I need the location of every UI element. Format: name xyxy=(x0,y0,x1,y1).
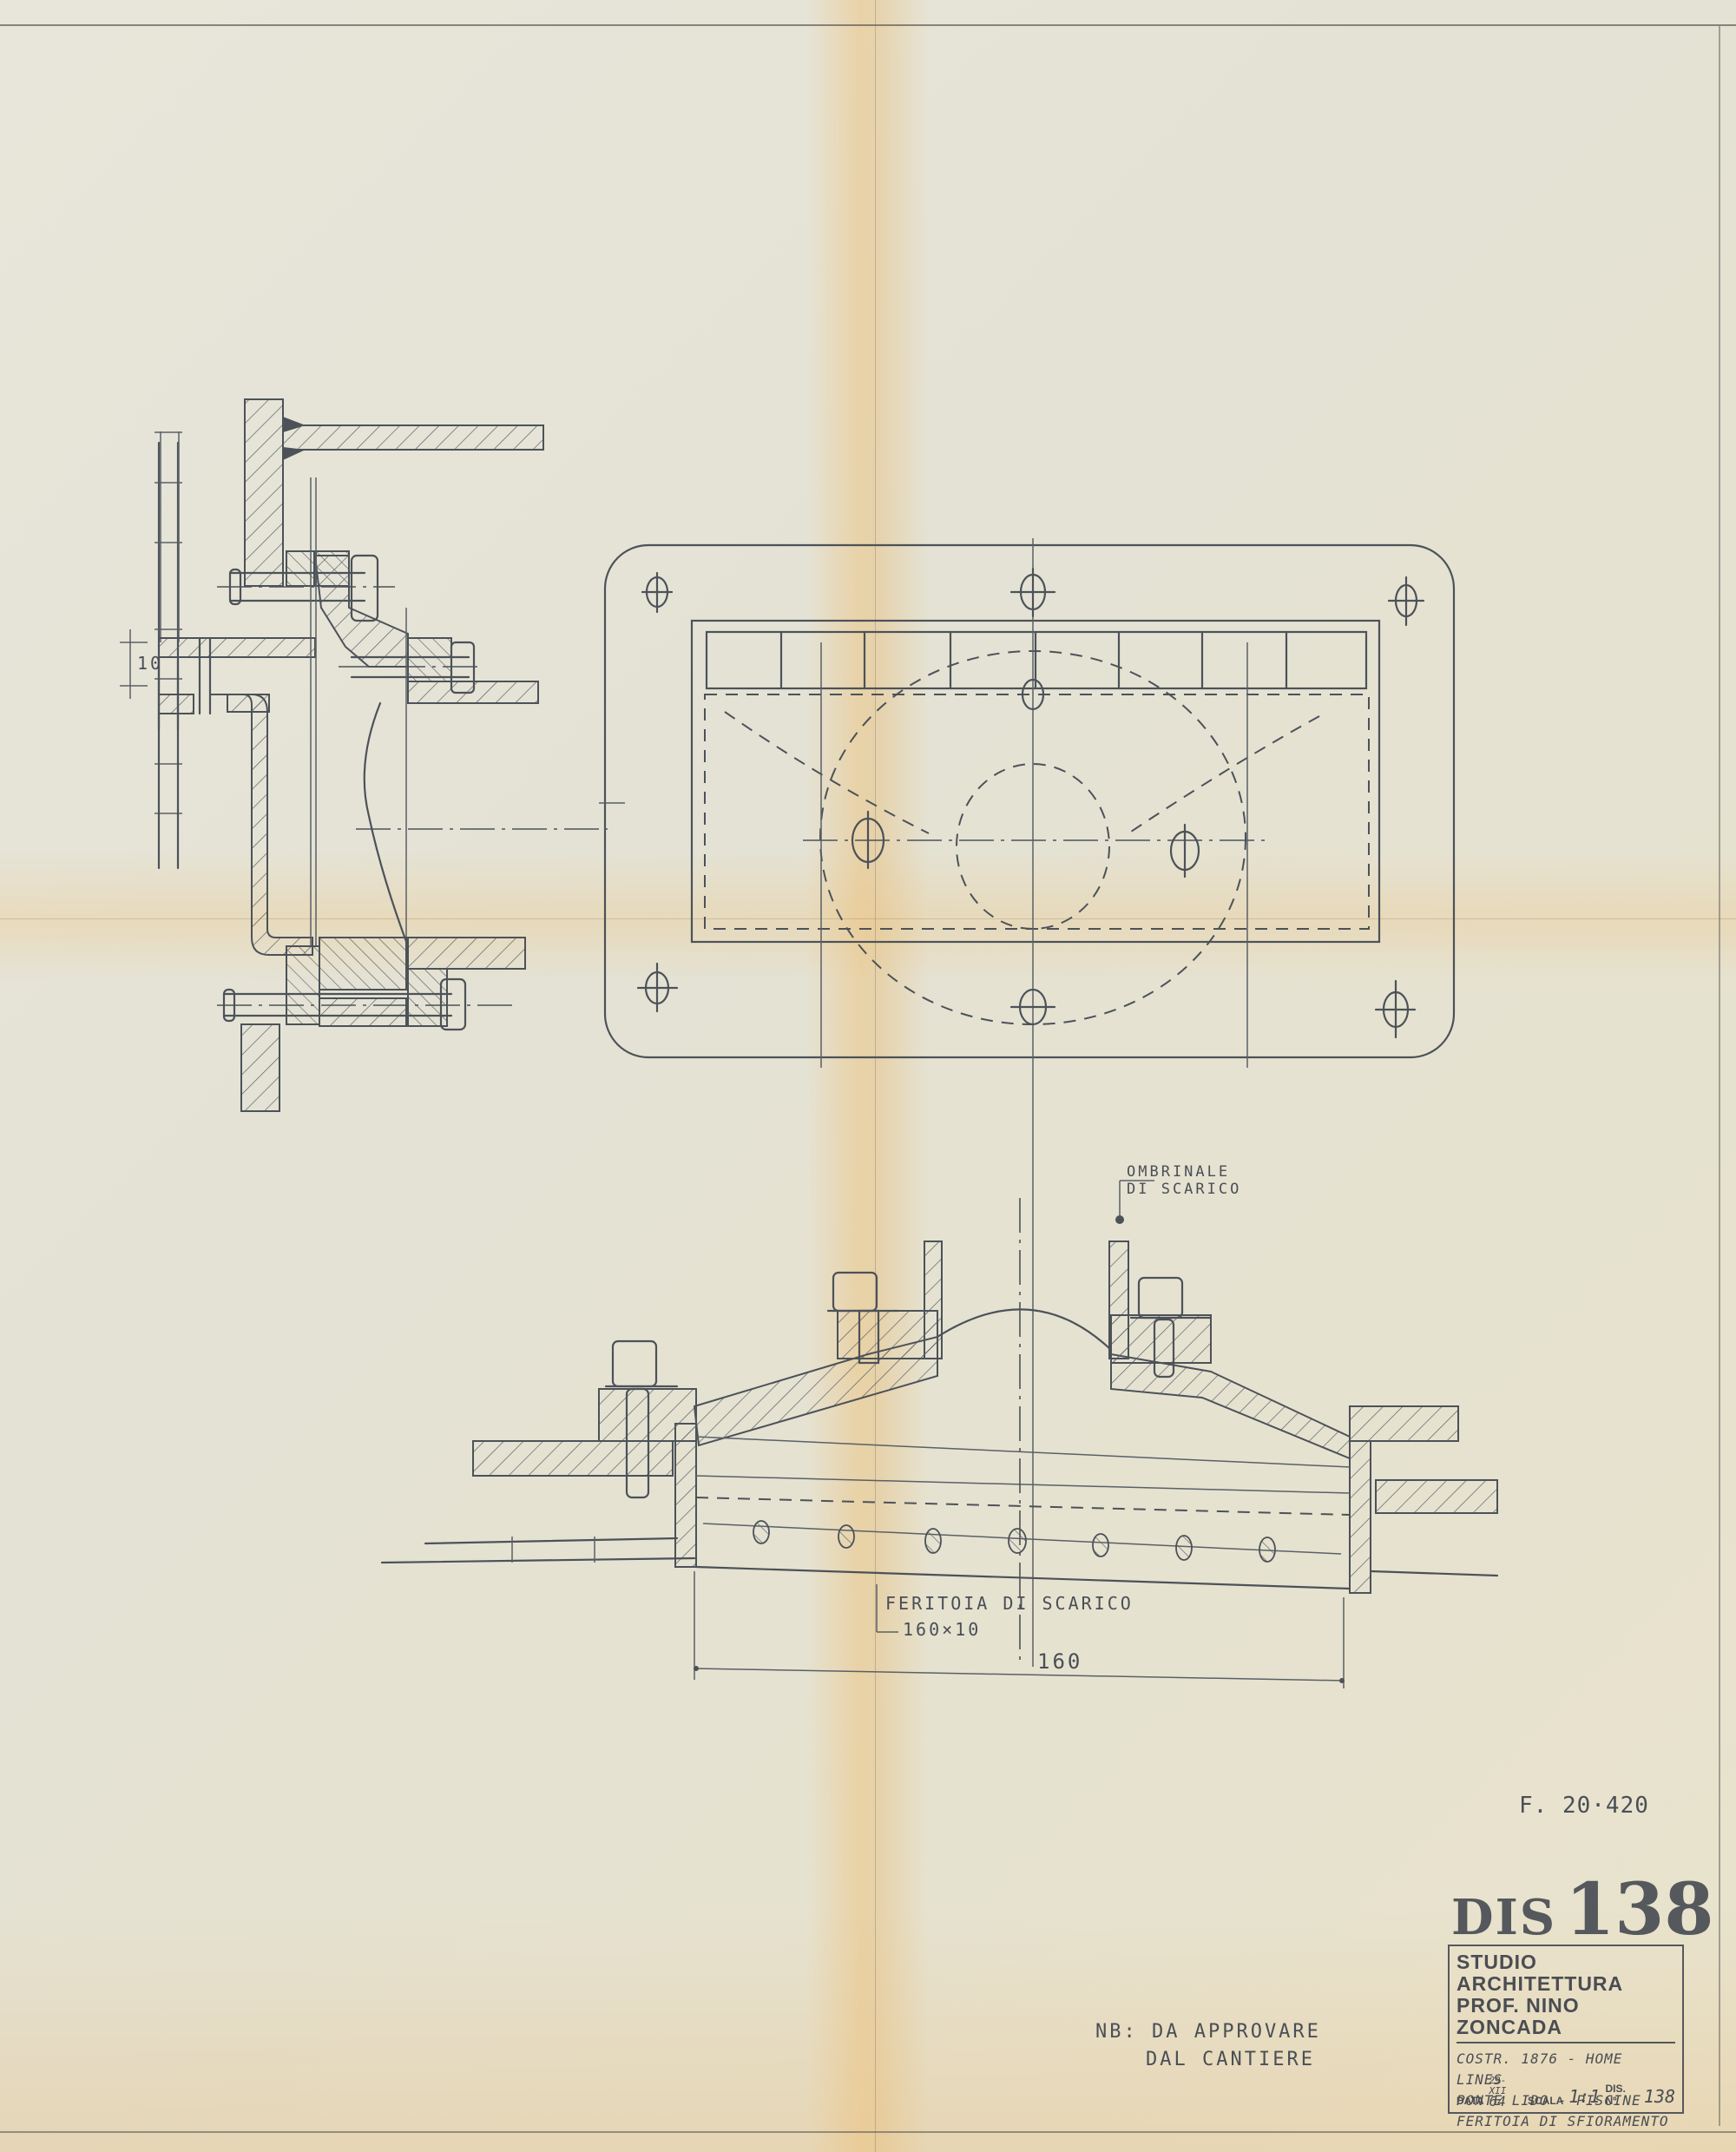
title-divider xyxy=(1457,2042,1675,2043)
technical-drawing xyxy=(0,0,1736,2152)
date-label: DATA xyxy=(1457,2095,1484,2107)
project-line3: FERITOIA DI SFIORAMENTO xyxy=(1457,2111,1675,2132)
title-block-footer: DATA 29-XII 64 SCALA 1:1 DIS. Nº 138 xyxy=(1457,2076,1675,2107)
scale-label: SCALA xyxy=(1528,2095,1563,2107)
feritoia-line2: 160×10 xyxy=(903,1616,1134,1642)
stamp-prefix: DIS xyxy=(1451,1889,1556,1946)
date-bottom: 64 xyxy=(1489,2096,1522,2107)
scale-value: 1:1 xyxy=(1568,2086,1600,2107)
ombrinale-label: OMBRINALE DI SCARICO xyxy=(1127,1163,1241,1198)
title-block: STUDIO ARCHITETTURA PROF. NINO ZONCADA C… xyxy=(1448,1945,1684,2114)
feritoia-label: FERITOIA DI SCARICO 160×10 xyxy=(885,1590,1134,1642)
ombrinale-line1: OMBRINALE xyxy=(1127,1163,1241,1181)
dis-number-label: DIS. Nº xyxy=(1605,2083,1638,2107)
feritoia-line1: FERITOIA DI SCARICO xyxy=(885,1590,1134,1616)
side-dimension-label: 10 xyxy=(137,653,163,674)
approval-note: NB: DA APPROVARE DAL CANTIERE xyxy=(1095,2018,1321,2074)
bottom-dimension-label: 160 xyxy=(1037,1649,1082,1674)
studio-name-line1: STUDIO ARCHITETTURA xyxy=(1457,1951,1675,1995)
archive-reference: F. 20·420 xyxy=(1519,1793,1649,1819)
drawing-number-stamp: DIS138 xyxy=(1451,1868,1713,1951)
studio-name-line2: PROF. NINO ZONCADA xyxy=(1457,1995,1675,2038)
dis-number-value: 138 xyxy=(1644,2086,1675,2107)
ombrinale-line2: DI SCARICO xyxy=(1127,1181,1241,1198)
side-section-view xyxy=(120,399,608,1111)
stamp-number: 138 xyxy=(1565,1868,1713,1951)
date-value: 29-XII 64 xyxy=(1489,2076,1522,2107)
note-line2: DAL CANTIERE xyxy=(1146,2046,1321,2074)
note-line1: NB: DA APPROVARE xyxy=(1095,2018,1321,2046)
